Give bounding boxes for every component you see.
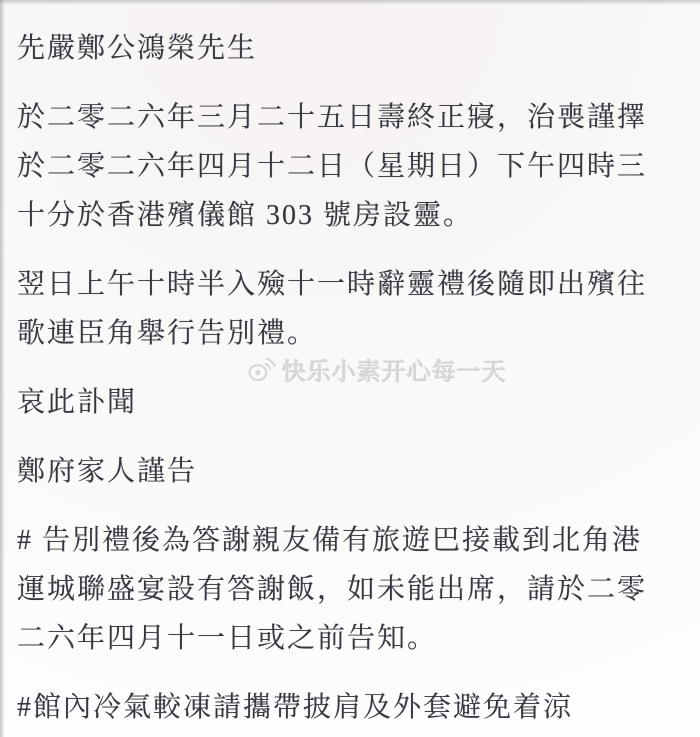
notice-line: 翌日上午十時半入殮十一時辭靈禮後隨即出殯往 <box>17 260 690 309</box>
notice-line: 於二零二六年四月十二日（星期日）下午四時三 <box>17 142 690 191</box>
funeral-schedule-paragraph: 翌日上午十時半入殮十一時辭靈禮後隨即出殯往 歌連臣角舉行告別禮。 <box>17 260 690 358</box>
mourning-phrase: 哀此訃聞 <box>17 378 690 427</box>
attire-note-paragraph: #館內冷氣較凍請攜帶披肩及外套避免着涼 <box>17 683 690 732</box>
family-signoff: 鄭府家人謹告 <box>17 447 690 496</box>
mourning-phrase-paragraph: 哀此訃聞 <box>17 378 690 427</box>
deceased-title-paragraph: 先嚴鄭公鴻榮先生 <box>17 24 690 73</box>
family-signoff-paragraph: 鄭府家人謹告 <box>17 447 690 496</box>
notice-line: 運城聯盛宴設有答謝飯，如未能出席，請於二零 <box>17 565 690 614</box>
deceased-title: 先嚴鄭公鴻榮先生 <box>17 24 690 73</box>
wake-announcement-paragraph: 於二零二六年三月二十五日壽終正寢，治喪謹擇 於二零二六年四月十二日（星期日）下午… <box>17 93 690 240</box>
notice-line: 歌連臣角舉行告別禮。 <box>17 309 690 358</box>
banquet-note-paragraph: # 告別禮後為答謝親友備有旅遊巴接載到北角港 運城聯盛宴設有答謝飯，如未能出席，… <box>17 516 690 663</box>
funeral-notice-photo: 先嚴鄭公鴻榮先生 於二零二六年三月二十五日壽終正寢，治喪謹擇 於二零二六年四月十… <box>0 0 700 737</box>
notice-line: 二六年四月十一日或之前告知。 <box>17 614 690 663</box>
notice-line: # 告別禮後為答謝親友備有旅遊巴接載到北角港 <box>17 516 690 565</box>
notice-line: 於二零二六年三月二十五日壽終正寢，治喪謹擇 <box>17 93 690 142</box>
attire-note: #館內冷氣較凍請攜帶披肩及外套避免着涼 <box>17 683 690 732</box>
notice-line: 十分於香港殯儀館 303 號房設靈。 <box>17 191 690 240</box>
